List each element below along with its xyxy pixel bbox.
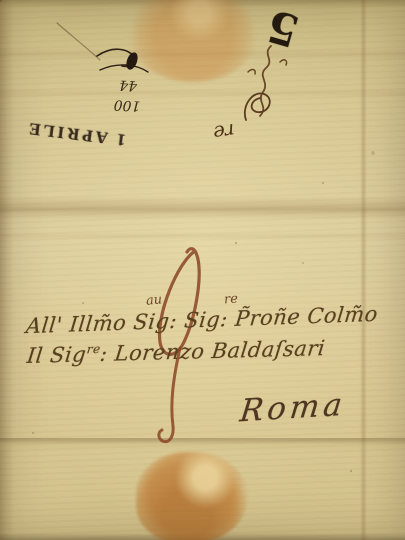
loop-scrawl bbox=[238, 84, 284, 128]
fold-crease bbox=[0, 232, 405, 240]
flourish-annotation-left: au bbox=[145, 292, 162, 308]
script-marking-re: re bbox=[186, 107, 237, 149]
accounting-top-number: 100 bbox=[99, 93, 156, 115]
fold-crease bbox=[0, 196, 405, 220]
letter-photo: 5 100 44 1 APRILE re au re bbox=[0, 0, 405, 540]
address-line2: Il Sigre: Lorenzo Baldaſsari bbox=[26, 336, 327, 368]
paraph-scrawl bbox=[52, 18, 162, 86]
flourish-annotation-right: re bbox=[223, 292, 238, 308]
vertical-fold-line bbox=[360, 0, 367, 540]
wax-seal-stain-bottom bbox=[136, 452, 248, 540]
address-line2-prefix: Il Sig bbox=[26, 342, 88, 368]
fold-crease bbox=[0, 88, 405, 98]
paper-edge-left bbox=[0, 0, 14, 540]
address-city: Roma bbox=[238, 387, 348, 430]
address-line2-rest: : Lorenzo Baldaſsari bbox=[99, 336, 327, 366]
ink-specks bbox=[0, 0, 2, 2]
